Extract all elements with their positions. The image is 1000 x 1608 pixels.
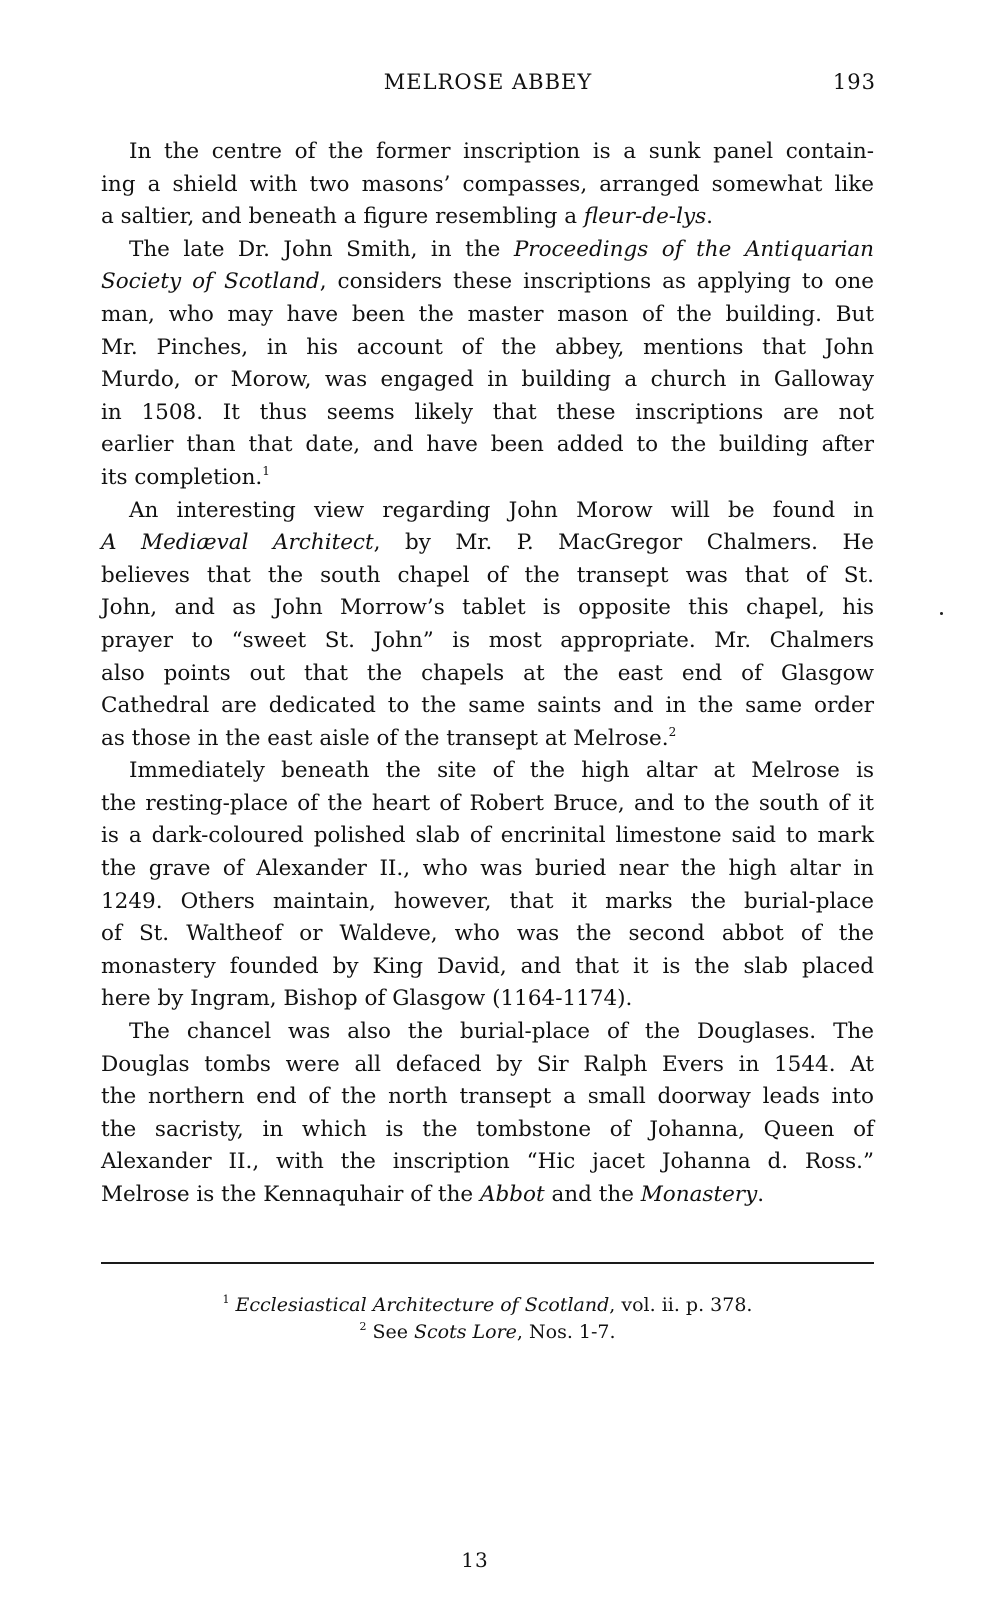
page-number: 193 bbox=[833, 70, 876, 94]
text-line: The late Dr. John Smith, in the Proceedi… bbox=[101, 234, 874, 267]
text-line: its completion.1 bbox=[101, 462, 874, 495]
footnote-mark: 2 bbox=[359, 1320, 366, 1333]
text-line: the resting-place of the heart of Robert… bbox=[101, 788, 874, 821]
italic-term: fleur-de-lys bbox=[584, 204, 706, 229]
text-line: Immediately beneath the site of the high… bbox=[101, 755, 874, 788]
footnote-ref-1: 1 bbox=[262, 464, 270, 478]
text-line: the sacristy, in which is the tombstone … bbox=[101, 1114, 874, 1147]
italic-title: A Mediæval Architect bbox=[101, 530, 374, 555]
text-line: Mr. Pinches, in his account of the abbey… bbox=[101, 332, 874, 365]
text-line: Alexander II., with the inscription “Hic… bbox=[101, 1146, 874, 1179]
text-line: earlier than that date, and have been ad… bbox=[101, 429, 874, 462]
text-line: Society of Scotland, considers these ins… bbox=[101, 266, 874, 299]
running-title: MELROSE ABBEY bbox=[100, 70, 876, 94]
footnote-2: 2See Scots Lore, Nos. 1-7. bbox=[101, 1319, 874, 1346]
text-line: prayer to “sweet St. John” is most appro… bbox=[101, 625, 874, 658]
italic-title: Proceedings of the Antiquarian bbox=[514, 237, 874, 262]
footnotes: 1Ecclesiastical Architecture of Scotland… bbox=[101, 1292, 874, 1346]
text-line: Murdo, or Morow, was engaged in building… bbox=[101, 364, 874, 397]
text-line: Cathedral are dedicated to the same sain… bbox=[101, 690, 874, 723]
text-line: here by Ingram, Bishop of Glasgow (1164-… bbox=[101, 983, 874, 1016]
footnote-mark: 1 bbox=[223, 1293, 230, 1306]
text-line: The chancel was also the burial-place of… bbox=[101, 1016, 874, 1049]
text-line: monastery founded by King David, and tha… bbox=[101, 951, 874, 984]
text-line: the northern end of the north transept a… bbox=[101, 1081, 874, 1114]
text-line: John, and as John Morrow’s tablet is opp… bbox=[101, 592, 874, 625]
text-line: also points out that the chapels at the … bbox=[101, 658, 874, 691]
text-line: believes that the south chapel of the tr… bbox=[101, 560, 874, 593]
text-line: An interesting view regarding John Morow… bbox=[101, 495, 874, 528]
text-line: in 1508. It thus seems likely that these… bbox=[101, 397, 874, 430]
signature-mark: 13 bbox=[0, 1548, 950, 1572]
text-line: Douglas tombs were all defaced by Sir Ra… bbox=[101, 1049, 874, 1082]
text-line: is a dark-coloured polished slab of encr… bbox=[101, 820, 874, 853]
italic-title: Monastery bbox=[641, 1182, 757, 1207]
text-line: as those in the east aisle of the transe… bbox=[101, 723, 874, 756]
scan-speck bbox=[940, 612, 943, 615]
text-line: the grave of Alexander II., who was buri… bbox=[101, 853, 874, 886]
running-head: MELROSE ABBEY 193 bbox=[100, 70, 876, 100]
text-line: In the centre of the former inscription … bbox=[101, 136, 874, 169]
footnote-rule bbox=[101, 1262, 874, 1264]
text-line: man, who may have been the master mason … bbox=[101, 299, 874, 332]
text-line: 1249. Others maintain, however, that it … bbox=[101, 886, 874, 919]
body-text: In the centre of the former inscription … bbox=[101, 136, 874, 1212]
italic-title: Society of Scotland bbox=[101, 269, 320, 294]
text-line: of St. Waltheof or Waldeve, who was the … bbox=[101, 918, 874, 951]
text-line: A Mediæval Architect, by Mr. P. MacGrego… bbox=[101, 527, 874, 560]
book-page: MELROSE ABBEY 193 In the centre of the f… bbox=[0, 0, 1000, 1608]
text-line: ing a shield with two masons’ compasses,… bbox=[101, 169, 874, 202]
italic-title: Abbot bbox=[480, 1182, 545, 1207]
text-line: a saltier, and beneath a figure resembli… bbox=[101, 201, 874, 234]
footnote-ref-2: 2 bbox=[669, 725, 677, 739]
footnote-1: 1Ecclesiastical Architecture of Scotland… bbox=[101, 1292, 874, 1319]
text-line: Melrose is the Kennaquhair of the Abbot … bbox=[101, 1179, 874, 1212]
